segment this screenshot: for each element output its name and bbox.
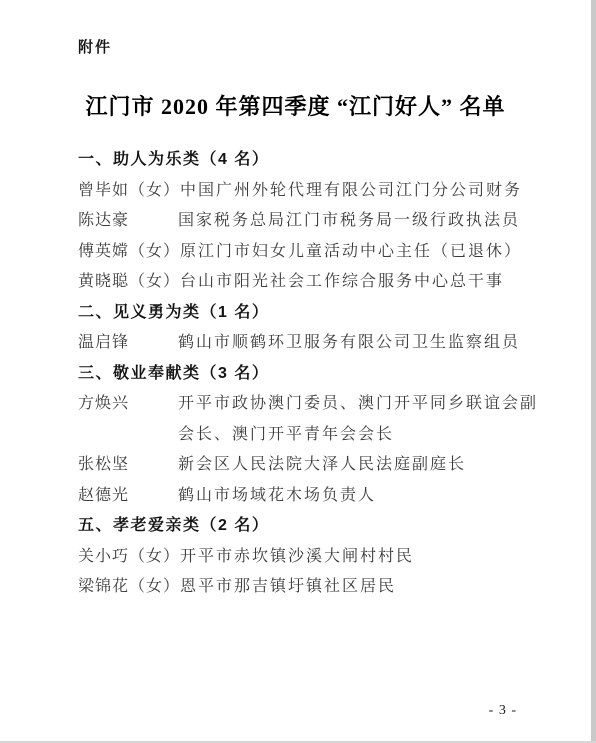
list-item: 关小巧（女） 开平市赤坎镇沙溪大闸村村民 [78,542,544,573]
person-name: 张松坚 [78,450,178,481]
document-title: 江门市 2020 年第四季度 “江门好人” 名单 [0,90,591,121]
person-description: 鹤山市顺鹤环卫服务有限公司卫生监察组员 [178,328,540,359]
list-item: 陈达豪 国家税务总局江门市税务局一级行政执法员 [78,206,544,237]
list-item: 方焕兴 开平市政协澳门委员、澳门开平同乡联谊会副会长、澳门开平青年会会长 [78,389,544,450]
scan-edge-right [591,0,596,743]
person-description: 开平市政协澳门委员、澳门开平同乡联谊会副会长、澳门开平青年会会长 [178,389,540,450]
person-name: 赵德光 [78,481,178,512]
list-item: 张松坚 新会区人民法院大泽人民法庭副庭长 [78,450,544,481]
section-heading-dedication: 三、敬业奉献类（3 名） [78,359,544,390]
list-item: 梁锦花（女） 恩平市那吉镇圩镇社区居民 [78,572,544,603]
section-heading-bravery: 二、见义勇为类（1 名） [78,298,544,329]
section-heading-helpfulness: 一、助人为乐类（4 名） [78,145,544,176]
person-name: 温启锋 [78,328,178,359]
honor-list: 一、助人为乐类（4 名） 曾毕如（女） 中国广州外轮代理有限公司江门分公司财务 … [78,145,544,603]
person-name: 傅英嫦（女） [78,237,180,268]
person-description: 国家税务总局江门市税务局一级行政执法员 [178,206,540,237]
person-name: 关小巧（女） [78,542,180,573]
person-description: 原江门市妇女儿童活动中心主任（已退休） [180,237,542,268]
list-item: 温启锋 鹤山市顺鹤环卫服务有限公司卫生监察组员 [78,328,544,359]
person-name: 黄晓聪（女） [78,267,180,298]
list-item: 黄晓聪（女） 台山市阳光社会工作综合服务中心总干事 [78,267,544,298]
page-number: - 3 - [489,703,517,719]
section-heading-filial-piety: 五、孝老爱亲类（2 名） [78,511,544,542]
person-description: 台山市阳光社会工作综合服务中心总干事 [180,267,542,298]
person-description: 鹤山市场域花木场负责人 [178,481,540,512]
person-description: 中国广州外轮代理有限公司江门分公司财务 [180,176,542,207]
person-name: 方焕兴 [78,389,178,420]
person-description: 恩平市那吉镇圩镇社区居民 [180,572,542,603]
list-item: 赵德光 鹤山市场域花木场负责人 [78,481,544,512]
document-page: 附件 江门市 2020 年第四季度 “江门好人” 名单 一、助人为乐类（4 名）… [0,0,596,743]
person-name: 曾毕如（女） [78,176,180,207]
attachment-label: 附件 [78,36,112,57]
person-name: 梁锦花（女） [78,572,180,603]
list-item: 傅英嫦（女） 原江门市妇女儿童活动中心主任（已退休） [78,237,544,268]
person-description: 开平市赤坎镇沙溪大闸村村民 [180,542,542,573]
person-description: 新会区人民法院大泽人民法庭副庭长 [178,450,540,481]
person-name: 陈达豪 [78,206,178,237]
list-item: 曾毕如（女） 中国广州外轮代理有限公司江门分公司财务 [78,176,544,207]
